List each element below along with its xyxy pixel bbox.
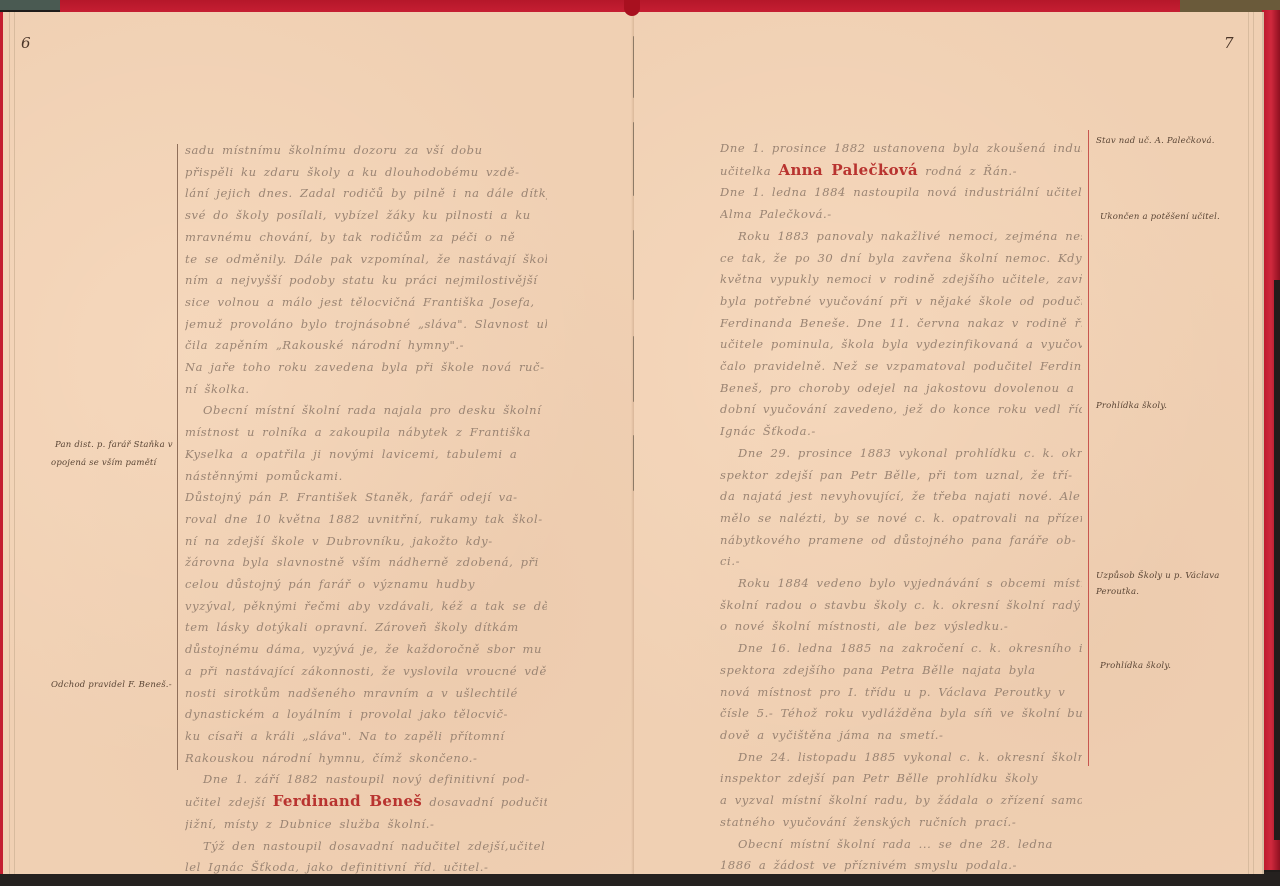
text-line: statného vyučování ženských ručních prac… — [720, 812, 1082, 834]
text-line: da najatá jest nevyhovující, že třeba na… — [720, 486, 1082, 508]
text-line: školní radou o stavbu školy c. k. okresn… — [720, 595, 1082, 617]
left-page: 6 Pan dist. p. farář Staňka v opojená se… — [0, 12, 637, 874]
text-line: Dne 1. září 1882 nastoupil nový definiti… — [185, 769, 547, 791]
text-line: Roku 1883 panovaly nakažlivé nemoci, zej… — [720, 226, 1082, 248]
text-line: inspektor zdejší pan Petr Bělle prohlídk… — [720, 768, 1082, 790]
text-line: čalo pravidelně. Než se vzpamatoval podu… — [720, 356, 1082, 378]
text-line: Alma Palečková.- — [720, 204, 1082, 226]
text-line: jižní, místy z Dubnice služba školní.- — [185, 814, 547, 836]
text-line: te se odměnily. Dále pak vzpomínal, že n… — [185, 249, 547, 271]
text-fragment: rodná z Řán.- — [925, 164, 1017, 178]
text-line: nástěnnými pomůckami. — [185, 466, 547, 488]
text-line: učitele pominula, škola byla vydezinfiko… — [720, 334, 1082, 356]
page-number-left: 6 — [21, 34, 31, 52]
margin-note: Prohlídka školy. — [1100, 657, 1171, 675]
text-line: o nové školní místnosti, ale bez výsledk… — [720, 616, 1082, 638]
text-line: a při nastávající zákonnosti, že vyslovi… — [185, 661, 547, 683]
text-line: Kyselka a opatřila ji novými lavicemi, t… — [185, 444, 547, 466]
text-line: Ignác Šťkoda.- — [720, 421, 1082, 443]
text-line: Beneš, pro choroby odejel na jakostovu d… — [720, 378, 1082, 400]
text-fragment: učitelka — [720, 164, 771, 178]
red-ink-name: Ferdinand Beneš — [273, 792, 422, 810]
text-line: Ferdinanda Beneše. Dne 11. června nakaz … — [720, 313, 1082, 335]
margin-note: Ukončen a potěšení učitel. — [1100, 208, 1220, 226]
text-line-with-name: učitelka Anna Palečková rodná z Řán.- — [720, 160, 1082, 183]
margin-note: Pan dist. p. farář Staňka v — [55, 436, 173, 454]
right-page: 7 Stav nad uč. A. Palečková. Ukončen a p… — [634, 12, 1264, 874]
text-line: Dne 16. ledna 1885 na zakročení c. k. ok… — [720, 638, 1082, 660]
margin-rule-right — [1088, 130, 1089, 766]
text-line: nábytkového pramene od důstojného pana f… — [720, 530, 1082, 552]
text-line: 1886 a žádost ve příznivém smyslu podala… — [720, 855, 1082, 877]
text-line: lel Ignác Šťkoda, jako definitivní říd. … — [185, 857, 547, 879]
red-ink-name: Anna Palečková — [779, 161, 918, 179]
ribbon-bookmark — [624, 0, 640, 16]
text-line: ce tak, že po 30 dní byla zavřena školní… — [720, 248, 1082, 270]
margin-note: Stav nad uč. A. Palečková. — [1096, 132, 1215, 150]
text-line: Důstojný pán P. František Staněk, farář … — [185, 487, 547, 509]
text-line: dobní vyučování zavedeno, jež do konce r… — [720, 399, 1082, 421]
text-line: tem lásky dotýkali opravní. Zároveň škol… — [185, 617, 547, 639]
text-line: byla potřebné vyučování při v nějaké ško… — [720, 291, 1082, 313]
text-line: května vypukly nemoci v rodině zdejšího … — [720, 269, 1082, 291]
margin-note: opojená se vším pamětí — [51, 454, 156, 472]
text-line: ní na zdejší škole v Dubrovníku, jakožto… — [185, 531, 547, 553]
text-line: sadu místnímu školnímu dozoru za vší dob… — [185, 140, 547, 162]
text-line: lání jejich dnes. Zadal rodičů by pilně … — [185, 183, 547, 205]
page-number-right: 7 — [1224, 34, 1234, 52]
text-line: mělo se nalézti, by se nové c. k. opatro… — [720, 508, 1082, 530]
text-line: Dne 29. prosince 1883 vykonal prohlídku … — [720, 443, 1082, 465]
text-fragment: učitel zdejší — [185, 795, 265, 809]
text-line: ní školka. — [185, 379, 547, 401]
margin-note: Odchod pravidel F. Beneš.- — [51, 676, 172, 694]
text-line: spektor zdejší pan Petr Bělle, při tom u… — [720, 465, 1082, 487]
text-line: Na jaře toho roku zavedena byla při škol… — [185, 357, 547, 379]
page-stack-edge-left — [9, 12, 15, 874]
book-cover-worn-edge — [1274, 280, 1280, 840]
text-line: nosti sirotkům nadšeného mravním a v ušl… — [185, 683, 547, 705]
text-line: nová místnost pro I. třídu u p. Václava … — [720, 682, 1082, 704]
text-line: místnost u rolníka a zakoupila nábytek z… — [185, 422, 547, 444]
text-line: dově a vyčištěna jáma na smetí.- — [720, 725, 1082, 747]
margin-rule-left — [177, 144, 178, 770]
text-line: ním a nejvyšší podoby statu ku práci nej… — [185, 270, 547, 292]
text-line: čila zapěním „Rakouské národní hymny".- — [185, 335, 547, 357]
text-line: ci.- — [720, 551, 1082, 573]
text-line: žárovna byla slavnostně vším nádherně zd… — [185, 552, 547, 574]
text-line: a vyzval místní školní radu, by žádala o… — [720, 790, 1082, 812]
text-line: vyzýval, pěknými řečmi aby vzdávali, kéž… — [185, 596, 547, 618]
margin-note: Prohlídka školy. — [1096, 397, 1167, 415]
text-line: spektora zdejšího pana Petra Bělle najat… — [720, 660, 1082, 682]
text-line: celou důstojný pán farář o významu hudby — [185, 574, 547, 596]
text-line: své do školy posílali, vybízel žáky ku p… — [185, 205, 547, 227]
text-line: Dne 1. prosince 1882 ustanovena byla zko… — [720, 138, 1082, 160]
text-line: Týž den nastoupil dosavadní nadučitel zd… — [185, 836, 547, 858]
chronicle-text-left: sadu místnímu školnímu dozoru za vší dob… — [185, 140, 547, 879]
text-line: Rakouskou národní hymnu, čímž skončeno.- — [185, 748, 547, 770]
text-line: roval dne 10 května 1882 uvnitřní, rukam… — [185, 509, 547, 531]
text-line: mravnému chování, by tak rodičům za péči… — [185, 227, 547, 249]
margin-note: Peroutka. — [1096, 583, 1139, 601]
text-line: přispěli ku zdaru školy a ku dlouhodobém… — [185, 162, 547, 184]
text-line: Dne 1. ledna 1884 nastoupila nová indust… — [720, 182, 1082, 204]
text-line: jemuž provoláno bylo trojnásobné „sláva"… — [185, 314, 547, 336]
text-line: Dne 24. listopadu 1885 vykonal c. k. okr… — [720, 747, 1082, 769]
text-line: Roku 1884 vedeno bylo vyjednávání s obce… — [720, 573, 1082, 595]
text-line: čísle 5.- Téhož roku vydlážděna byla síň… — [720, 703, 1082, 725]
text-line: Obecní místní školní rada ... se dne 28.… — [720, 834, 1082, 856]
text-line: důstojnému dáma, vyzývá je, že každoročn… — [185, 639, 547, 661]
page-stack-edge-right — [1248, 12, 1254, 874]
book-cover-corner-left — [0, 0, 60, 10]
text-line: dynastickém a loyálním i provolal jako t… — [185, 704, 547, 726]
text-line: ku císaři a králi „sláva". Na to zapěli … — [185, 726, 547, 748]
chronicle-text-right: Dne 1. prosince 1882 ustanovena byla zko… — [720, 138, 1082, 877]
text-line: sice volnou a málo jest tělocvičná Frant… — [185, 292, 547, 314]
text-line: Obecní místní školní rada najala pro des… — [185, 400, 547, 422]
text-line-with-name: učitel zdejší Ferdinand Beneš dosavadní … — [185, 791, 547, 814]
text-fragment: dosavadní podučitel je — [429, 795, 547, 809]
